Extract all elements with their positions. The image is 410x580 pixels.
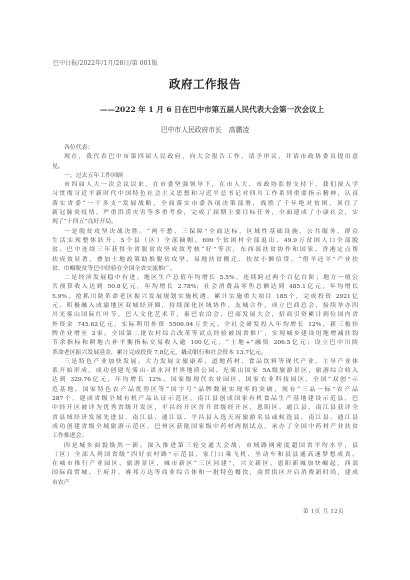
body-text-line: 市农产 [52,479,358,488]
body-text-line: 287个，建成省级全域有机产品认证示范区，南江县创成国家有机食品生产基地建设示范… [52,395,358,404]
newspaper-meta-line: 巴中日报/2022年/1月/28日/第 001版 [53,58,158,67]
body-text-line: 达到 329.76亿元，年均增长 12%。国家级现代农业园区、国家农业科技园区、… [52,376,358,385]
body-text-line: 牌企业增至 2家。全国第二批农村综合改革等试点经验被国省推广，实现城乡建设用地增… [52,330,358,339]
body-text-line: 三是特色产业加快发展。大力发展文旅康养、道地药材、食品饮料等现代产业，主导产业体 [52,358,358,367]
page-number: 第 1页 共 12页 [303,507,344,515]
body-text-line: 习贯彻习近平新时代中国特色社会主义思想和习近平总书记对四川工作系列重要指示精神，… [52,190,358,199]
body-text-line: 新冠肺炎疫情、严重洪涝灾害等多重考验，完成了届期主要目标任务，全面建成了小康社会… [52,209,358,218]
body-text-line: 扶成效显著，叠加土地政策助推脱贫攻坚、易地扶贫搬迁、扶贫小额信贷、“借羊还羊”产… [52,256,358,265]
document-title: 政府工作报告 [0,76,410,92]
document-subtitle: ——2022 年 1 月 6 日在巴中市第五届人民代表大会第一次会议上 [0,104,410,115]
body-text-line: 范基地、国家特色农产品优势区等“国字号”品牌数量实现零的突破，现有“三品一标”农… [52,386,358,395]
body-text-line: 各位代表： [52,144,358,153]
body-text-line: 共预算收入达到 50.8亿元，年均增长 2.78%；社会消费品零售总额达到 48… [52,283,358,292]
body-text-line: 系开始形成。成功创建光雾山-诺水河世界地质公园、光雾山国家 5A级旅游景区，旅游… [52,367,358,376]
body-text-line: 贫、巾帼脱贫等巴中经验在全国全省交流推广。 [52,265,358,274]
body-text-line: 革命老区振兴发展基金，累计完成投资 7.8亿元，撬动银行和社会资本 13.7亿元… [52,349,358,358]
body-text-line: 一、过去五年工作回顾 [52,172,358,181]
body-text-line: 在城市推行产业园区、旅游景区、城市新区“三区同建”，兴文新区、恩阳新城加快崛起，… [52,460,358,469]
body-text-line: 见。 [52,163,358,172]
body-text-line: 二是经济发展稳中有进。地区生产总值年均增长 5.5%，连续跨过两个百亿台阶；地方… [52,274,358,283]
body-text-line: 工作推进会。 [52,432,358,441]
body-text-line: 四是城乡面貌焕然一新。深入推进第三轮交通大会战，市域路网密度超国省平均水平，县 [52,442,358,451]
body-text-line: 中经开区被评为优秀省级开发区，平昌经开区晋升省级经开区，恩阳区、通江县、南江县获… [52,404,358,413]
body-text-line: 贫。巴中连续三年获得全省脱贫攻坚成效考核“好”等次，东西部扶贫协作和国家、香港定… [52,246,358,255]
body-text-line: 川光雾山国际红叶节、巴人文化艺术节、秦巴农洽会、巴商发展大会，招商引资累计到位国… [52,311,358,320]
document-author: 巴中市人民政府市长 高鹏凌 [0,124,410,134]
body-text-line: 成功创建省级全域旅游示范区，巴州区获批国家级中药材两据试点，承办了全国中药材产业… [52,423,358,432]
body-text-line: （区）全部入列国省级“四好农村路”示范县，家门口乘飞机、坐动车和县县通高速梦想成… [52,451,358,460]
body-text-line: 现了“十四五”良好开局。 [52,218,358,227]
body-text-line: 外资金 745.62亿元，实际利用外资 5506.94万美元。全社会研发投入年均… [52,321,358,330]
body-text-line: 市四届人大一次会议以来，在市委坚强领导下，在市人大、市政协监督支持下，我们深入学 [52,181,358,190]
document-page: 巴中日报/2022年/1月/28日/第 001版 政府工作报告 ——2022 年… [0,0,410,580]
body-text-line: 一是脱贫攻坚决战决胜。“两不愁、三保障”全面达标，区域性基础设施、公共服务、群众 [52,228,358,237]
body-text-line: 落实省委“一干多支”发展战略，全面落实市委各项决策部署，战胜了千年绝对贫困，顶住… [52,200,358,209]
body-text-line: 省县域经济发展先进县，南江县、通江县、平昌县入选天府旅游名县或候选县，南江县、通… [52,414,358,423]
body-text-line: 现在，我代表巴中市第四届人民政府，向大会报告工作，请予审议，并请市政协委员提出意 [52,153,358,162]
report-body: 各位代表：现在，我代表巴中市第四届人民政府，向大会报告工作，请予审议，并请市政协… [52,144,358,488]
body-text-line: 国际商贸城、王府井、睿邦万达等商业综合体和一批特色餐饮，商贸街区开启消费新时尚，… [52,469,358,478]
body-text-line: 生活实现整体跃升，5个县（区）全部摘帽、699个贫困村全部退出、49.9万贫困人… [52,237,358,246]
body-text-line: 元。积极融入成渝地区双城经济圈，持续深化区域协作、友城合作，成立巴商总会，接续举… [52,302,358,311]
body-text-line: 5.9%。抢抓川陕革命老区振兴发展规划实施机遇，累计实施重大项目 185个，完成… [52,293,358,302]
body-text-line: 节余指标和耕地占补平衡指标交易收入逾 100亿元，“土地+”融资 206.5亿元… [52,339,358,348]
